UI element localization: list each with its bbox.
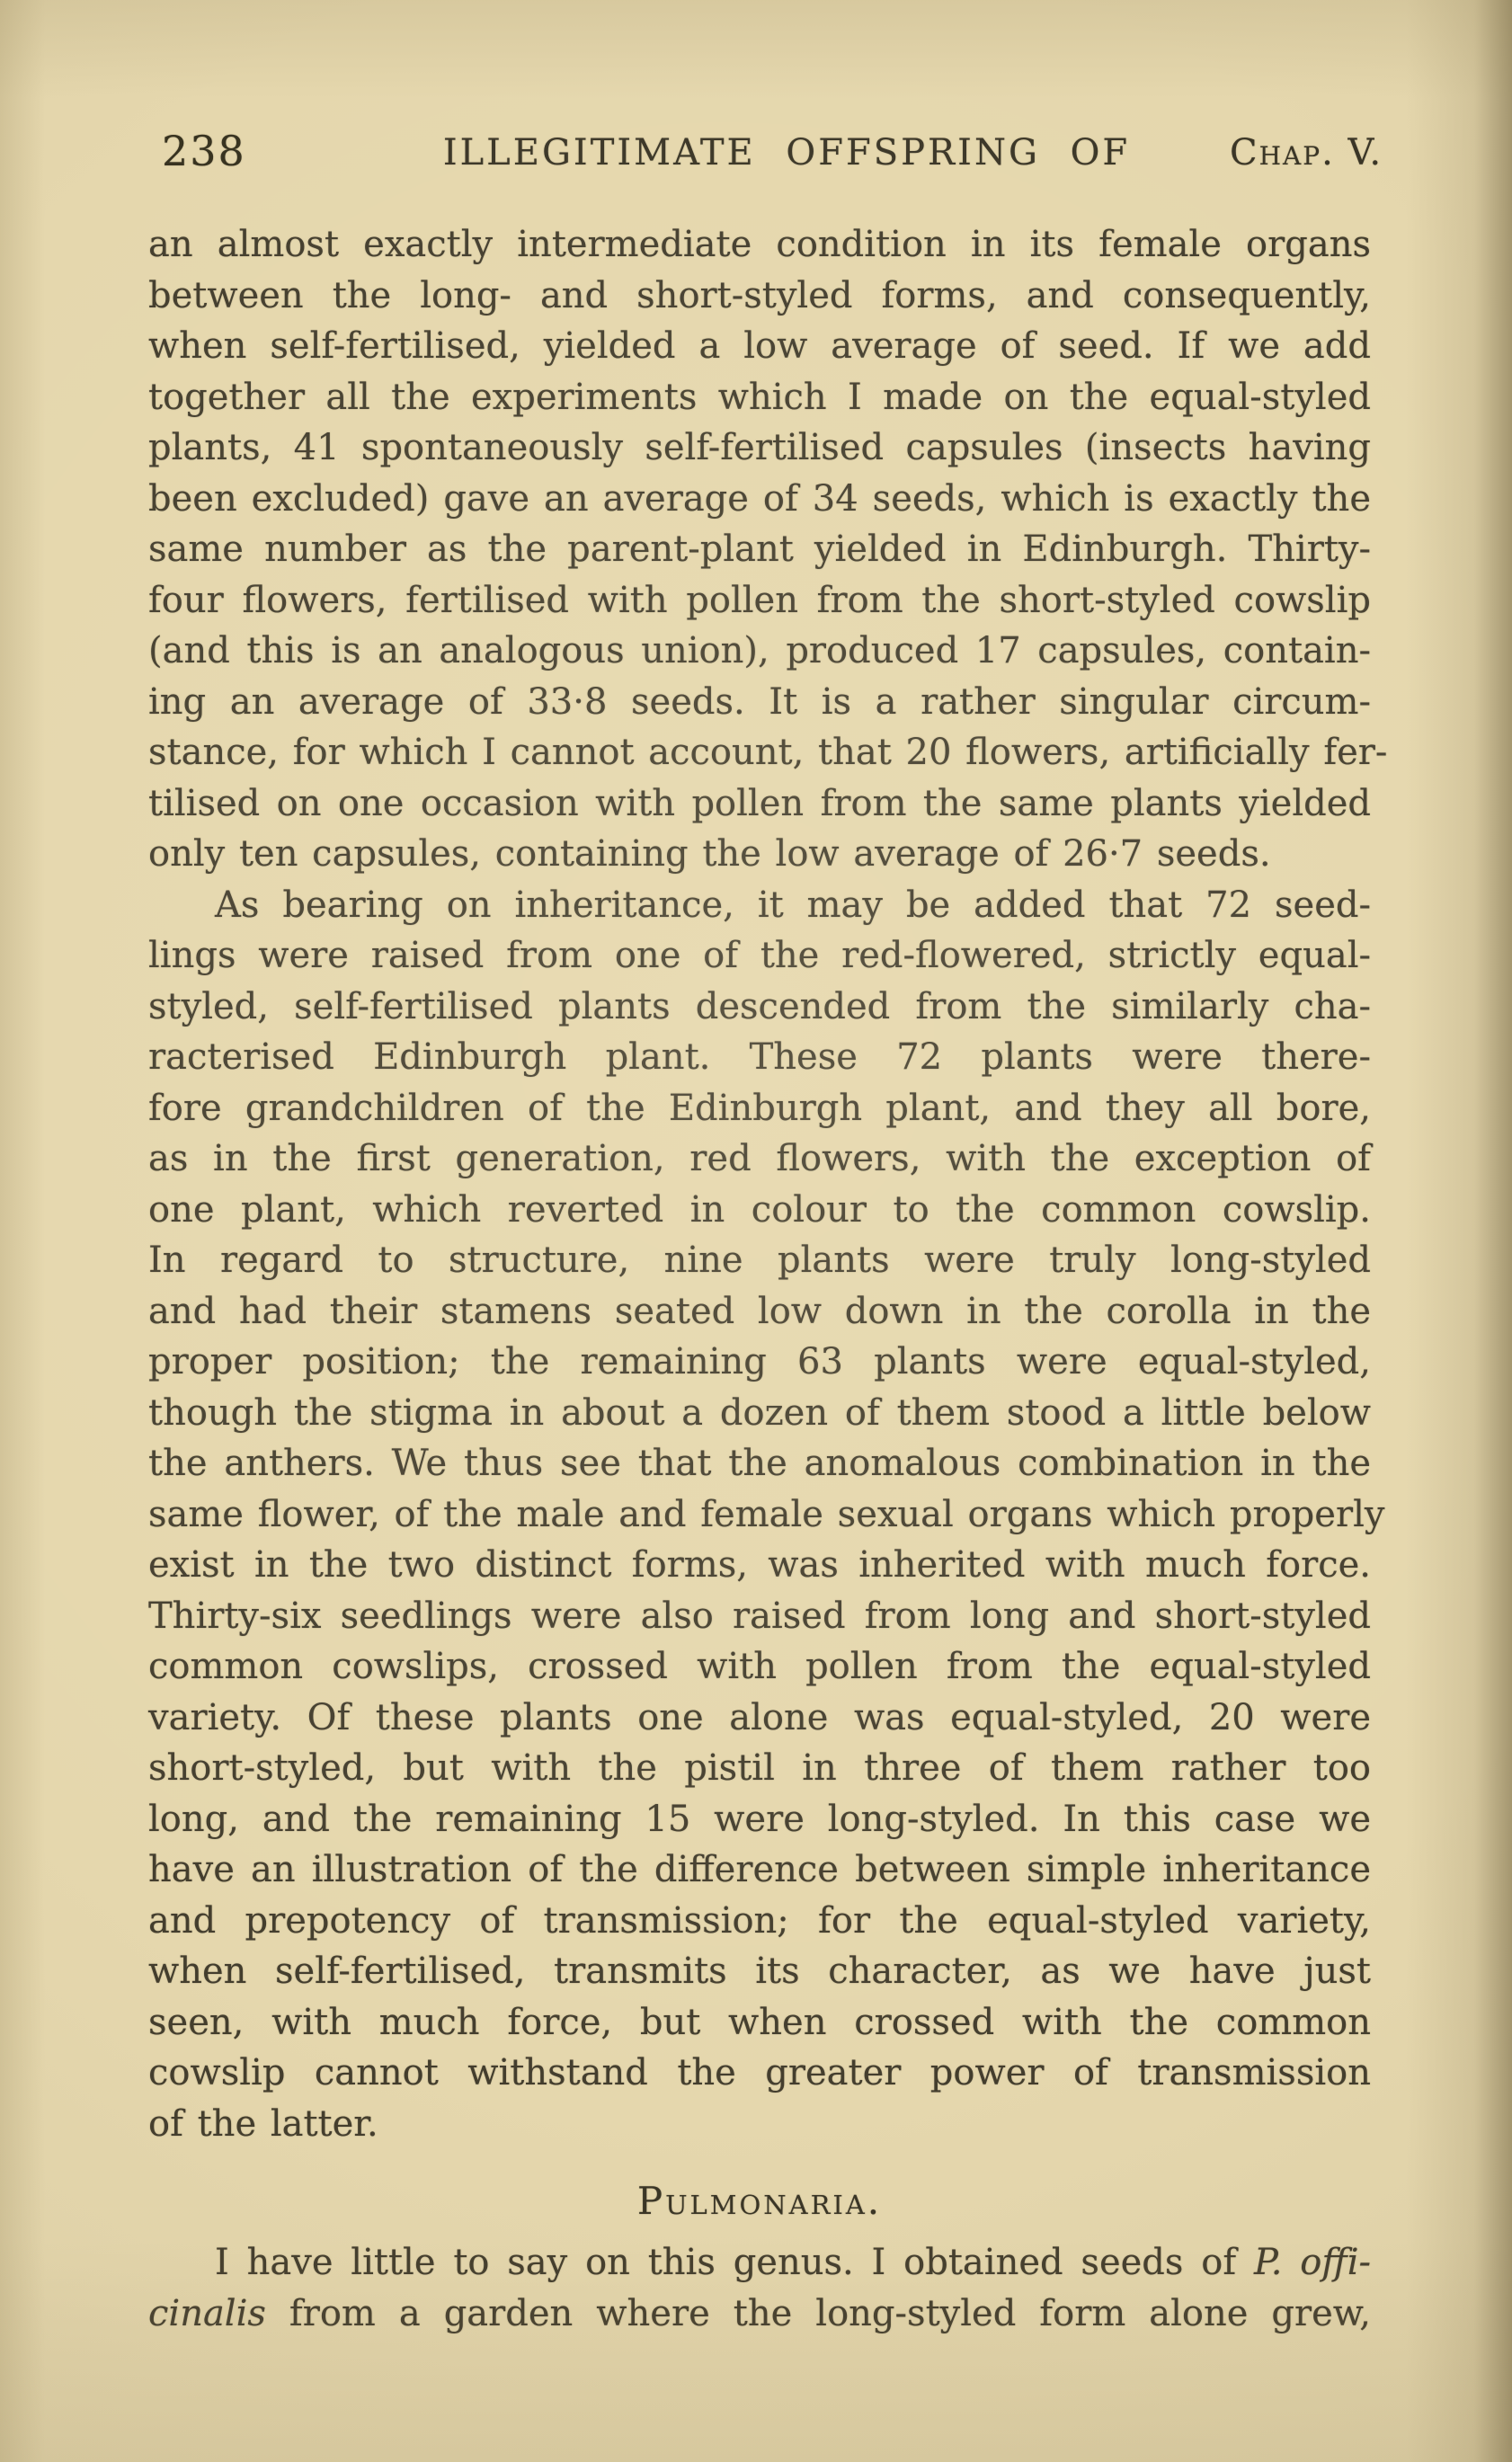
text-line: four flowers, fertilised with pollen fro… xyxy=(148,575,1371,627)
text-line: racterised Edinburgh plant. These 72 pla… xyxy=(148,1032,1371,1083)
text-line: together all the experiments which I mad… xyxy=(148,372,1371,423)
text-block: an almost exactly intermediate condition… xyxy=(148,219,1371,2339)
text-line: same number as the parent-plant yielded … xyxy=(148,524,1371,575)
text-line: long, and the remaining 15 were long-sty… xyxy=(148,1794,1371,1845)
text-line: when self-fertilised, transmits its char… xyxy=(148,1946,1371,1997)
text-line: In regard to structure, nine plants were… xyxy=(148,1235,1371,1286)
text-line: common cowslips, crossed with pollen fro… xyxy=(148,1641,1371,1693)
text-line: an almost exactly intermediate condition… xyxy=(148,219,1371,271)
text-line: variety. Of these plants one alone was e… xyxy=(148,1693,1371,1744)
text-line: ing an average of 33·8 seeds. It is a ra… xyxy=(148,677,1371,728)
text-line: of the latter. xyxy=(148,2099,1371,2150)
text-line: cinalis from a garden where the long-sty… xyxy=(148,2289,1371,2340)
text-line: seen, with much force, but when crossed … xyxy=(148,1997,1371,2049)
book-page-scan: 238 ILLEGITIMATE OFFSPRING OF Chap. V. a… xyxy=(0,0,1512,2462)
text-line: exist in the two distinct forms, was inh… xyxy=(148,1540,1371,1591)
text-line: lings were raised from one of the red-fl… xyxy=(148,930,1371,982)
text-line: Thirty-six seedlings were also raised fr… xyxy=(148,1591,1371,1642)
text-line: one plant, which reverted in colour to t… xyxy=(148,1185,1371,1236)
section-heading: Pulmonaria. xyxy=(148,2178,1371,2225)
text-line: the anthers. We thus see that the anomal… xyxy=(148,1438,1371,1489)
text-line: plants, 41 spontaneously self-fertilised… xyxy=(148,422,1371,474)
text-line: fore grandchildren of the Edinburgh plan… xyxy=(148,1083,1371,1134)
text-line: tilised on one occasion with pollen from… xyxy=(148,778,1371,830)
text-line: As bearing on inheritance, it may be add… xyxy=(148,880,1371,931)
text-line: styled, self-fertilised plants descended… xyxy=(148,982,1371,1033)
text-line: short-styled, but with the pistil in thr… xyxy=(148,1743,1371,1794)
text-line: between the long- and short-styled forms… xyxy=(148,271,1371,322)
text-line: (and this is an analogous union), produc… xyxy=(148,626,1371,677)
text-line: have an illustration of the difference b… xyxy=(148,1844,1371,1896)
text-line: and had their stamens seated low down in… xyxy=(148,1286,1371,1338)
text-line: as in the first generation, red flowers,… xyxy=(148,1133,1371,1185)
text-line: stance, for which I cannot account, that… xyxy=(148,727,1371,778)
text-line: proper position; the remaining 63 plants… xyxy=(148,1337,1371,1388)
page-number: 238 xyxy=(162,127,246,175)
text-line: and prepotency of transmission; for the … xyxy=(148,1896,1371,1947)
text-line: though the stigma in about a dozen of th… xyxy=(148,1388,1371,1439)
text-line: only ten capsules, containing the low av… xyxy=(148,829,1371,880)
text-line: been excluded) gave an average of 34 see… xyxy=(148,474,1371,525)
text-line: same flower, of the male and female sexu… xyxy=(148,1489,1371,1541)
text-line: cowslip cannot withstand the greater pow… xyxy=(148,2048,1371,2099)
chapter-label: Chap. V. xyxy=(1230,132,1383,173)
running-header: ILLEGITIMATE OFFSPRING OF xyxy=(443,132,1130,173)
text-line: when self-fertilised, yielded a low aver… xyxy=(148,321,1371,372)
text-line: I have little to say on this genus. I ob… xyxy=(148,2237,1371,2289)
